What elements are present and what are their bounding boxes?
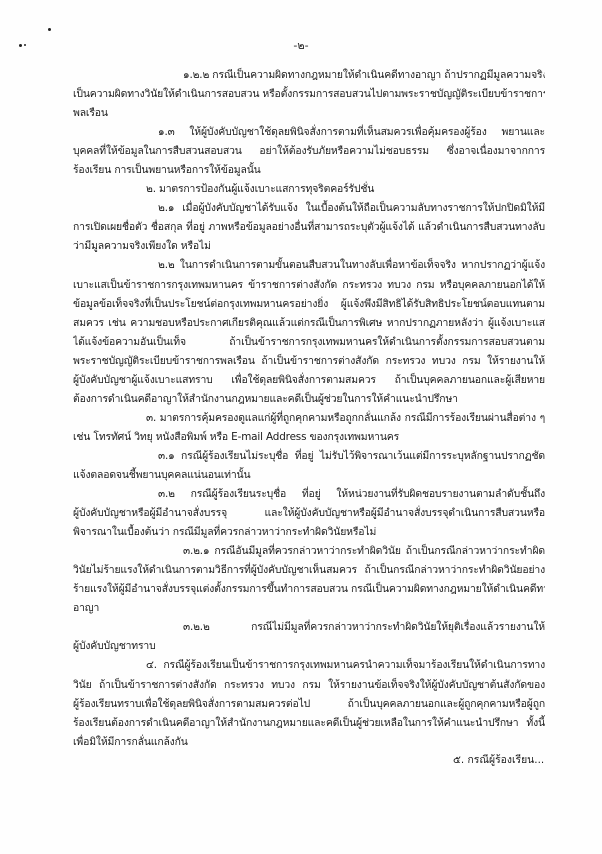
- document-body: ๑.๒.๒ กรณีเป็นความผิดทางกฎหมายให้ดำเนินค…: [73, 66, 545, 752]
- text-line: ผู้บังคับบัญชาทราบ: [73, 637, 545, 656]
- text-line: ๓.๒ กรณีผู้ร้องเรียนระบุชื่อ ที่อยู่ ให้…: [73, 485, 545, 504]
- continuation-text: ๕. กรณีผู้ร้องเรียน...: [453, 751, 544, 768]
- paragraph-3-2-2: ๓.๒.๒ กรณีไม่มีมูลที่ควรกล่าวหาว่ากระทำผ…: [73, 618, 545, 656]
- text-line: ร้องเรียน การเป็นพยานหรือการให้ข้อมูลนั้…: [73, 161, 545, 180]
- text-line: ๒.๒ ในการดำเนินการตามขั้นตอนสืบสวนในทางล…: [73, 256, 545, 275]
- text-line: ๒. มาตรการป้องกันผู้แจ้งเบาะแสการทุจริตค…: [73, 180, 545, 199]
- scan-speck: [48, 28, 51, 31]
- paragraph-1-2-2: ๑.๒.๒ กรณีเป็นความผิดทางกฎหมายให้ดำเนินค…: [73, 66, 545, 123]
- text-line: ๑.๓ ให้ผู้บังคับบัญชาใช้ดุลยพินิจสั่งการ…: [73, 123, 545, 142]
- document-page: -๒- ๑.๒.๒ กรณีเป็นความผิดทางกฎหมายให้ดำเ…: [0, 0, 602, 854]
- text-line: เช่น โทรทัศน์ วิทยุ หนังสือพิมพ์ หรือ E-…: [73, 428, 545, 447]
- text-line: ว่ามีมูลความจริงเพียงใด หรือไม่: [73, 237, 545, 256]
- paragraph-3-2: ๓.๒ กรณีผู้ร้องเรียนระบุชื่อ ที่อยู่ ให้…: [73, 485, 545, 542]
- text-line: ได้แจ้งข้อความอันเป็นเท็จ ถ้าเป็นข้าราชก…: [73, 333, 545, 352]
- text-line: ๓. มาตรการคุ้มครองดูแลแก่ผู้ที่ถูกคุกคาม…: [73, 409, 545, 428]
- paragraph-2-1: ๒.๑ เมื่อผู้บังคับบัญชาได้รับแจ้ง ในเบื้…: [73, 199, 545, 256]
- text-line: ๑.๒.๒ กรณีเป็นความผิดทางกฎหมายให้ดำเนินค…: [73, 66, 545, 85]
- text-line: ผู้ร้องเรียนทราบเพื่อใช้ดุลยพินิจสั่งการ…: [73, 695, 545, 714]
- text-line: ๓.๒.๑ กรณีอันมีมูลที่ควรกล่าวหาว่ากระทำผ…: [73, 542, 545, 561]
- text-line: วินัย ถ้าเป็นข้าราชการต่างสังกัด กระทรวง…: [73, 676, 545, 695]
- text-line: ๒.๑ เมื่อผู้บังคับบัญชาได้รับแจ้ง ในเบื้…: [73, 199, 545, 218]
- text-line: ข้อมูลข้อเท็จจริงที่เป็นประโยชน์ต่อกรุงเ…: [73, 295, 545, 314]
- text-line: สมควร เช่น ความชอบหรือประกาศเกียรติคุณแล…: [73, 314, 545, 333]
- paragraph-3-2-1: ๓.๒.๑ กรณีอันมีมูลที่ควรกล่าวหาว่ากระทำผ…: [73, 542, 545, 618]
- text-line: พลเรือน: [73, 104, 545, 123]
- text-line: เป็นความผิดทางวินัยให้ดำเนินการสอบสวน หร…: [73, 85, 545, 104]
- text-line: ๓.๒.๒ กรณีไม่มีมูลที่ควรกล่าวหาว่ากระทำผ…: [73, 618, 545, 637]
- text-line: ๔. กรณีผู้ร้องเรียนเป็นข้าราชการกรุงเทพม…: [73, 656, 545, 675]
- text-line: ร้ายแรงให้ผู้มีอำนาจสั่งบรรจุแต่งตั้งกรร…: [73, 580, 545, 599]
- text-line: เบาะแสเป็นข้าราชการกรุงเทพมหานคร ข้าราชก…: [73, 276, 545, 295]
- text-line: วินัยไม่ร้ายแรงให้ดำเนินการตามวิธีการที่…: [73, 561, 545, 580]
- page-number: -๒-: [0, 36, 602, 54]
- text-line: ๓.๑ กรณีผู้ร้องเรียนไม่ระบุชื่อ ที่อยู่ …: [73, 447, 545, 466]
- paragraph-3-1: ๓.๑ กรณีผู้ร้องเรียนไม่ระบุชื่อ ที่อยู่ …: [73, 447, 545, 485]
- text-line: ผู้บังคับบัญชาผู้แจ้งเบาะแสทราบ เพื่อใช้…: [73, 371, 545, 390]
- text-line: พิจารณาในเบื้องต้นว่า กรณีมีมูลที่ควรกล่…: [73, 523, 545, 542]
- paragraph-2-2: ๒.๒ ในการดำเนินการตามขั้นตอนสืบสวนในทางล…: [73, 256, 545, 408]
- text-line: พระราชบัญญัติระเบียบข้าราชการพลเรือน ถ้า…: [73, 352, 545, 371]
- text-line: ผู้บังคับบัญชาหรือผู้มีอำนาจสั่งบรรจุ แล…: [73, 504, 545, 523]
- paragraph-1-3: ๑.๓ ให้ผู้บังคับบัญชาใช้ดุลยพินิจสั่งการ…: [73, 123, 545, 180]
- section-heading-2: ๒. มาตรการป้องกันผู้แจ้งเบาะแสการทุจริตค…: [73, 180, 545, 199]
- text-line: อาญา: [73, 599, 545, 618]
- text-line: การเปิดเผยชื่อตัว ชื่อสกุล ที่อยู่ ภาพหร…: [73, 218, 545, 237]
- text-line: เพื่อมิให้มีการกลั่นแกล้งกัน: [73, 733, 545, 752]
- paragraph-3: ๓. มาตรการคุ้มครองดูแลแก่ผู้ที่ถูกคุกคาม…: [73, 409, 545, 447]
- text-line: บุคคลที่ให้ข้อมูลในการสืบสวนสอบสวน อย่าใ…: [73, 142, 545, 161]
- text-line: ต้องการดำเนินคดีอาญาให้สำนักงานกฎหมายและ…: [73, 390, 545, 409]
- text-line: ร้องเรียนต้องการดำเนินคดีอาญาให้สำนักงาน…: [73, 714, 545, 733]
- text-line: แจ้งตลอดจนชี้พยานบุคคลแน่นอนเท่านั้น: [73, 466, 545, 485]
- paragraph-4: ๔. กรณีผู้ร้องเรียนเป็นข้าราชการกรุงเทพม…: [73, 656, 545, 751]
